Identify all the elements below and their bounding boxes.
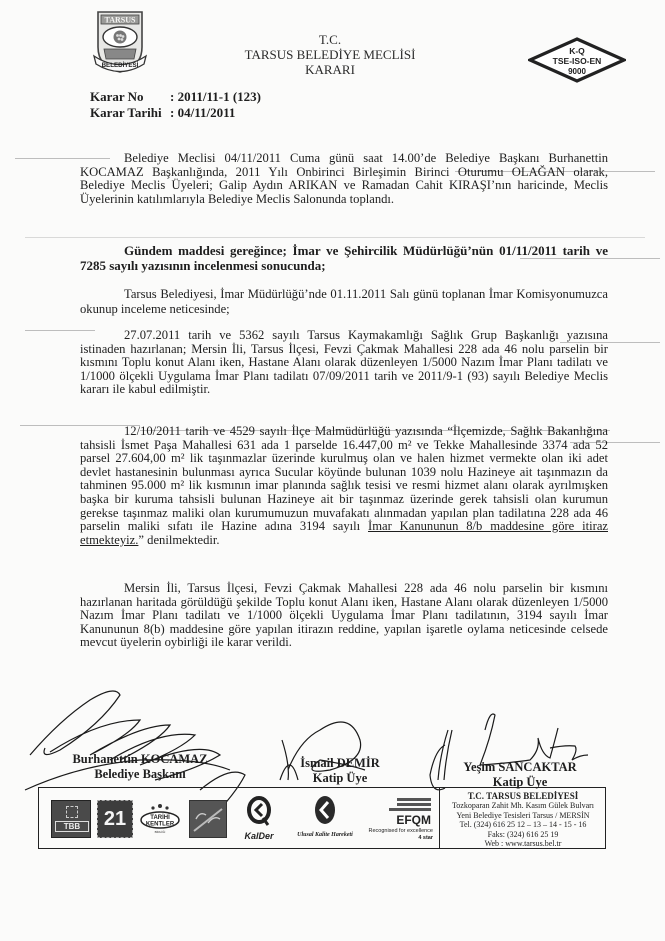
header-document-type: KARARI bbox=[200, 62, 460, 77]
footer-logos: TBB 21 TARİHİ KENTLER BİRLİĞİ bbox=[39, 788, 440, 848]
svg-text:TARİHİ: TARİHİ bbox=[150, 814, 170, 821]
signature-mayor: Burhanettin KOCAMAZ Belediye Başkanı bbox=[60, 752, 220, 782]
signatory-name: İsmail DEMİR bbox=[270, 756, 410, 771]
decision-date-label: Karar Tarihi bbox=[90, 105, 170, 121]
phone-line: Tel. (324) 616 25 12 – 13 – 14 - 15 - 16 bbox=[441, 820, 605, 829]
svg-text:K-Q: K-Q bbox=[569, 46, 585, 56]
header-tc: T.C. bbox=[200, 32, 460, 47]
efqm-logo-icon: EFQM Recognised for excellence 4 star bbox=[363, 794, 435, 844]
signature-clerk-1: İsmail DEMİR Katip Üye bbox=[270, 756, 410, 786]
commission-paragraph: Tarsus Belediyesi, İmar Müdürlüğü’nde 01… bbox=[80, 287, 608, 316]
decision-paragraph: Mersin İli, Tarsus İlçesi, Fevzi Çakmak … bbox=[80, 582, 608, 650]
address-title: T.C. TARSUS BELEDİYESİ bbox=[441, 792, 605, 801]
tse-iso-certification-icon: K-Q TSE-ISO-EN 9000 bbox=[528, 37, 626, 83]
signature-clerk-2: Yeşim SANCAKTAR Katip Üye bbox=[450, 760, 590, 790]
decision-number-value: : 2011/11-1 (123) bbox=[170, 89, 261, 104]
objection-paragraph: 12/10/2011 tarih ve 4529 sayılı İlçe Mal… bbox=[80, 425, 608, 547]
header-institution: TARSUS BELEDİYE MECLİSİ bbox=[200, 47, 460, 62]
svg-text:BELEDİYESİ: BELEDİYESİ bbox=[102, 62, 139, 69]
footer-address: T.C. TARSUS BELEDİYESİ Tozkoparan Zahit … bbox=[441, 792, 605, 848]
svg-text:TSE-ISO-EN: TSE-ISO-EN bbox=[553, 56, 602, 66]
web-link[interactable]: Web : www.tarsus.bel.tr bbox=[441, 839, 605, 848]
fax-line: Faks: (324) 616 25 19 bbox=[441, 830, 605, 839]
signatory-name: Yeşim SANCAKTAR bbox=[450, 760, 590, 775]
ulusal-kalite-hareketi-logo-icon: Ulusal Kalite Hareketi bbox=[291, 794, 359, 840]
signatory-title: Katip Üye bbox=[270, 771, 410, 786]
tarihi-kentler-birligi-logo-icon: TARİHİ KENTLER BİRLİĞİ bbox=[139, 800, 181, 836]
meeting-paragraph: Belediye Meclisi 04/11/2011 Cuma günü sa… bbox=[80, 152, 608, 206]
signatory-title: Belediye Başkanı bbox=[60, 767, 220, 782]
objection-end: ” denilmektedir. bbox=[138, 533, 219, 547]
address-line: Tozkoparan Zahit Mh. Kasım Gülek Bulvarı bbox=[441, 801, 605, 810]
svg-text:TARSUS: TARSUS bbox=[105, 16, 137, 25]
gundem-21-logo-icon: 21 bbox=[97, 800, 133, 838]
svg-text:9000: 9000 bbox=[568, 67, 586, 76]
decision-date-value: : 04/11/2011 bbox=[170, 105, 235, 120]
decision-meta: Karar No: 2011/11-1 (123) Karar Tarihi: … bbox=[90, 89, 261, 121]
address-line: Yeni Belediye Tesisleri Tarsus / MERSİN bbox=[441, 811, 605, 820]
tbb-logo-icon: TBB bbox=[51, 800, 91, 838]
objection-text: 12/10/2011 tarih ve 4529 sayılı İlçe Mal… bbox=[80, 424, 608, 533]
iso-logo-icon bbox=[189, 800, 227, 838]
document-header: T.C. TARSUS BELEDİYE MECLİSİ KARARI bbox=[200, 32, 460, 77]
signatory-name: Burhanettin KOCAMAZ bbox=[60, 752, 220, 767]
svg-text:KENTLER: KENTLER bbox=[146, 822, 175, 828]
svg-text:BİRLİĞİ: BİRLİĞİ bbox=[155, 829, 166, 834]
decision-number-label: Karar No bbox=[90, 89, 170, 105]
decision-number-row: Karar No: 2011/11-1 (123) bbox=[90, 89, 261, 105]
decision-date-row: Karar Tarihi: 04/11/2011 bbox=[90, 105, 261, 121]
kalder-logo-icon: KalDer bbox=[235, 796, 283, 840]
tarsus-belediyesi-crest-icon: TARSUS BELEDİYESİ bbox=[92, 9, 148, 75]
prior-decision-paragraph: 27.07.2011 tarih ve 5362 sayılı Tarsus K… bbox=[80, 329, 608, 397]
scan-artifact bbox=[25, 237, 645, 238]
footer-box: TBB 21 TARİHİ KENTLER BİRLİĞİ bbox=[38, 787, 606, 849]
agenda-paragraph: Gündem maddesi gereğince; İmar ve Şehirc… bbox=[80, 244, 608, 273]
